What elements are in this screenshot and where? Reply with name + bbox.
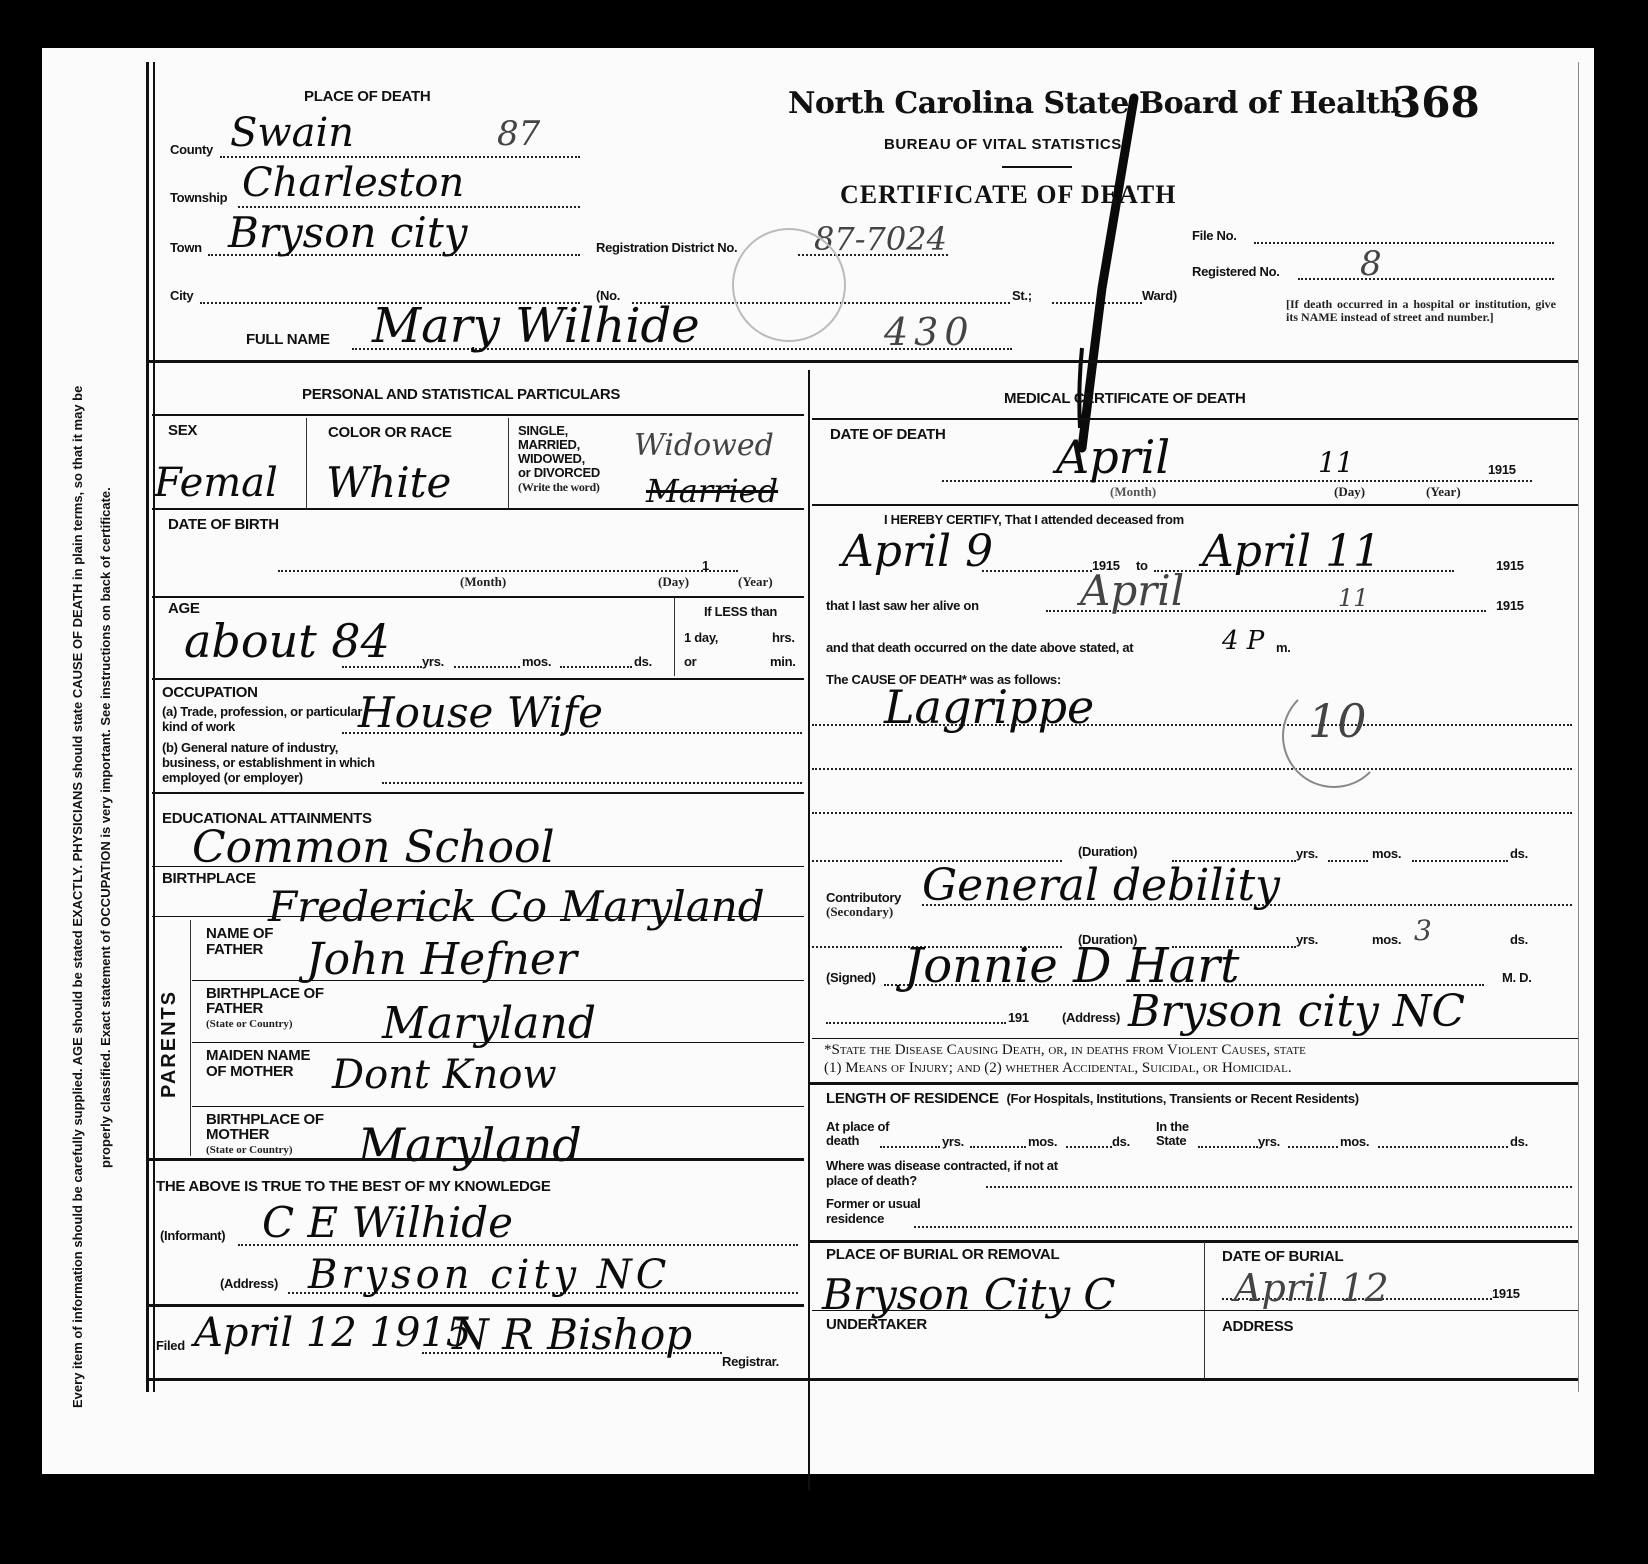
footnote-line1: *State the Disease Causing Death, or, in… [824,1042,1306,1059]
marital-label-line: MARRIED, [518,438,600,452]
duration-ds-label: ds. [1510,846,1528,861]
row-rule [152,916,804,917]
street-label: St.; [1012,288,1032,303]
at-place-label: At place of death [826,1120,896,1148]
contributory-duration-mos: 3 [1414,914,1432,947]
footnote-line2: (1) Means of Injury; and (2) whether Acc… [824,1060,1292,1077]
row-rule [812,504,1578,506]
father-name-value: John Hefner [306,934,577,985]
attended-to: April 11 [1202,526,1381,577]
cause-line-2 [812,768,1572,770]
in-state-ds-label: ds. [1510,1134,1528,1149]
marital-label-line: WIDOWED, [518,452,600,466]
header-separator [148,360,1578,363]
death-time-label: and that death occurred on the date abov… [826,640,1133,655]
last-saw-day: 11 [1338,584,1369,612]
left-border-inner [153,62,155,1392]
death-certificate: Every item of information should be care… [42,48,1594,1474]
race-divider [508,418,509,508]
column-divider [808,370,810,1490]
county-value: Swain [230,110,354,156]
last-saw-year: 1915 [1496,598,1524,613]
marital-crossed: Married [646,472,778,510]
filed-label: Filed [156,1338,185,1353]
township-label: Township [170,190,227,205]
registrar-signature: N R Bishop [452,1310,692,1359]
residence-heading-note: (For Hospitals, Institutions, Transients… [1007,1091,1359,1106]
duration-label: (Duration) [1078,844,1137,859]
certificate-title: CERTIFICATE OF DEATH [840,180,1176,210]
sex-divider [306,418,307,508]
last-saw-month: April [1080,566,1184,615]
personal-heading-rule [152,414,804,416]
burial-date-label: DATE OF BURIAL [1222,1248,1343,1265]
town-value: Bryson city [228,208,467,257]
age-mos-label: mos. [522,654,551,669]
mother-maiden-label: MAIDEN NAME OF MOTHER [206,1048,326,1080]
marital-label: SINGLE, MARRIED, WIDOWED, or DIVORCED (W… [518,424,600,494]
age-yrs-line [342,666,422,668]
duration-ds-line [1412,860,1508,862]
where-contracted-label: Where was disease contracted, if not at … [826,1158,1066,1188]
row-rule [152,678,804,680]
marital-label-line: SINGLE, [518,424,600,438]
dob-year-prefix: 1 [702,558,709,573]
row-rule [812,1310,1578,1311]
occupation-a-value: House Wife [358,688,603,737]
attended-to-year: 1915 [1496,558,1524,573]
town-label: Town [170,240,202,255]
undertaker-label: UNDERTAKER [826,1316,927,1333]
dob-month-label: (Month) [460,574,506,590]
stamp-number: 430 [884,310,975,354]
physician-address-value: Bryson city NC [1128,986,1465,1037]
duration-yrs-label: yrs. [1296,846,1318,861]
dob-day-label: (Day) [658,574,689,590]
race-value: White [326,458,451,507]
true-statement: THE ABOVE IS TRUE TO THE BEST OF MY KNOW… [156,1178,551,1195]
residence-heading-text: LENGTH OF RESIDENCE [826,1090,999,1107]
registered-no-label: Registered No. [1192,264,1280,279]
last-saw-label: that I last saw her alive on [826,598,979,613]
birthplace-value: Frederick Co Maryland [268,882,765,931]
agency-title: North Carolina State Board of Health [788,86,1401,121]
section-rule [810,1082,1578,1085]
occupation-b-line [382,782,802,784]
min-label: min. [770,654,796,669]
dob-label: DATE OF BIRTH [168,516,279,533]
at-place-ds-label: ds. [1112,1134,1130,1149]
section-rule [810,1240,1578,1243]
date-of-death-label: DATE OF DEATH [830,426,946,443]
death-time-value: 4 P [1222,626,1264,656]
row-rule [192,1106,804,1107]
bureau-title: BUREAU OF VITAL STATISTICS [884,136,1122,153]
death-day: 11 [1318,446,1354,479]
row-rule [152,508,804,510]
row-rule [192,980,804,981]
attended-from-line [982,570,1092,572]
side-instructions-line2: properly classified. Exact statement of … [98,487,113,1168]
right-border [1578,62,1579,1392]
page-number: 368 [1392,78,1480,127]
birthplace-label: BIRTHPLACE [162,870,256,887]
secondary-label: (Secondary) [826,904,893,920]
death-time-suffix: m. [1276,640,1291,655]
certify-text: I HEREBY CERTIFY, That I attended deceas… [884,512,1184,527]
in-state-yrs-label: yrs. [1258,1134,1280,1149]
signed-date-line [826,1022,1006,1024]
section-rule [148,1158,804,1161]
age-value: about 84 [184,614,390,668]
registered-no-value: 8 [1360,244,1382,284]
duration-ds-label-2: ds. [1510,932,1528,947]
occupation-b-label: (b) General nature of industry, business… [162,740,377,785]
or-label: or [684,654,696,669]
cause-line-1 [812,724,1572,726]
date-of-death-line [942,480,1532,482]
duration-yrs-label-2: yrs. [1296,932,1318,947]
parents-divider [190,920,191,1156]
circled-code: 10 [1308,694,1367,748]
county-line [220,156,580,158]
city-label: City [170,288,193,303]
race-label: COLOR OR RACE [328,424,452,441]
in-state-mos-line [1288,1146,1338,1148]
age-yrs-label: yrs. [422,654,444,669]
in-state-yrs-line [1198,1146,1258,1148]
side-instructions-line1: Every item of information should be care… [70,386,85,1408]
row-rule [152,866,804,867]
signed-label: (Signed) [826,970,876,985]
registration-district-label: Registration District No. [596,240,737,255]
in-state-mos-label: mos. [1340,1134,1369,1149]
burial-year: 1915 [1492,1286,1520,1301]
father-name-label: NAME OF FATHER [206,926,296,958]
father-birthplace-label: BIRTHPLACE OF FATHER [206,986,326,1016]
death-month: April [1056,430,1170,484]
row-rule [192,1042,804,1043]
row-rule [152,792,804,794]
row-rule [152,596,804,598]
title-divider [1002,166,1072,168]
attended-from: April 9 [842,526,993,577]
burial-place-value: Bryson City C [822,1270,1116,1319]
less-than-label: If LESS than [704,604,777,619]
occupation-label: OCCUPATION [162,684,258,701]
at-place-yrs-line [880,1146,940,1148]
death-year-label: (Year) [1426,484,1461,500]
death-day-label: (Day) [1334,484,1365,500]
county-label: County [170,142,213,157]
mother-birthplace-label: BIRTHPLACE OF MOTHER [206,1112,326,1142]
hrs-label: hrs. [772,630,795,645]
physician-address-label: (Address) [1062,1010,1120,1025]
marital-value: Widowed [634,428,774,463]
informant-address-value: Bryson city NC [308,1252,670,1298]
left-border [146,62,149,1392]
occupation-a-label: (a) Trade, profession, or particular kin… [162,704,372,734]
marital-hint: (Write the word) [518,480,600,494]
dob-year-label: (Year) [738,574,773,590]
in-state-ds-line [1378,1146,1508,1148]
informant-address-label: (Address) [220,1276,278,1291]
former-residence-line [914,1226,1572,1228]
age-ds-line [560,666,632,668]
bottom-border [148,1378,1578,1381]
death-month-label: (Month) [1110,484,1156,500]
dob-line [278,570,738,572]
registrar-label: Registrar. [722,1354,779,1369]
filed-value: April 12 1915 [194,1310,471,1356]
age-mos-line [454,666,520,668]
undertaker-address-label: ADDRESS [1222,1318,1293,1335]
at-place-yrs-label: yrs. [942,1134,964,1149]
age-divider [674,598,675,676]
mother-maiden-value: Dont Know [332,1052,557,1098]
father-state-country: (State or Country) [206,1018,293,1030]
duration-mos-label: mos. [1372,846,1401,861]
hospital-note: [If death occurred in a hospital or inst… [1286,298,1556,324]
registration-stamp [732,228,846,342]
parents-label: PARENTS [158,990,181,1098]
residence-heading: LENGTH OF RESIDENCE (For Hospitals, Inst… [826,1090,1359,1107]
age-ds-label: ds. [634,654,652,669]
where-contracted-line [986,1186,1572,1188]
at-place-ds-line [1066,1146,1112,1148]
mother-state-country: (State or Country) [206,1144,293,1156]
informant-value: C E Wilhide [262,1198,513,1247]
year-prefix: 191 [1008,1010,1029,1025]
medical-heading-rule [812,418,1578,420]
full-name-value: Mary Wilhide [372,298,700,354]
contributory-value: General debility [922,860,1280,911]
death-year: 1915 [1488,462,1516,477]
day-label: 1 day, [684,630,718,645]
former-residence-label: Former or usual residence [826,1196,926,1226]
in-state-label: In the State [1156,1120,1216,1148]
full-name-label: FULL NAME [246,331,330,348]
personal-heading: PERSONAL AND STATISTICAL PARTICULARS [302,386,620,403]
duration-mos-label-2: mos. [1372,932,1401,947]
burial-date-value: April 12 [1234,1266,1389,1310]
township-value: Charleston [242,160,464,206]
cause-line-3 [812,812,1572,814]
sex-value: Femal [154,460,278,506]
contributory-label: Contributory [826,890,901,905]
medical-heading: MEDICAL CERTIFICATE OF DEATH [1004,390,1246,407]
place-of-death-heading: PLACE OF DEATH [304,88,430,105]
at-place-mos-line [970,1146,1026,1148]
at-place-mos-label: mos. [1028,1134,1057,1149]
marital-label-line: or DIVORCED [518,466,600,480]
burial-place-label: PLACE OF BURIAL OR REMOVAL [826,1246,1059,1263]
row-rule [812,1038,1578,1039]
duration-mos-line [1328,860,1368,862]
file-no-line [1254,242,1554,244]
file-no-label: File No. [1192,228,1237,243]
informant-label: (Informant) [160,1228,225,1243]
md-label: M. D. [1502,970,1532,985]
county-note: 87 [497,114,540,154]
registered-no-line [1298,278,1554,280]
section-rule [148,1304,804,1307]
sex-label: SEX [168,422,197,439]
mother-birthplace-value: Maryland [358,1118,582,1172]
